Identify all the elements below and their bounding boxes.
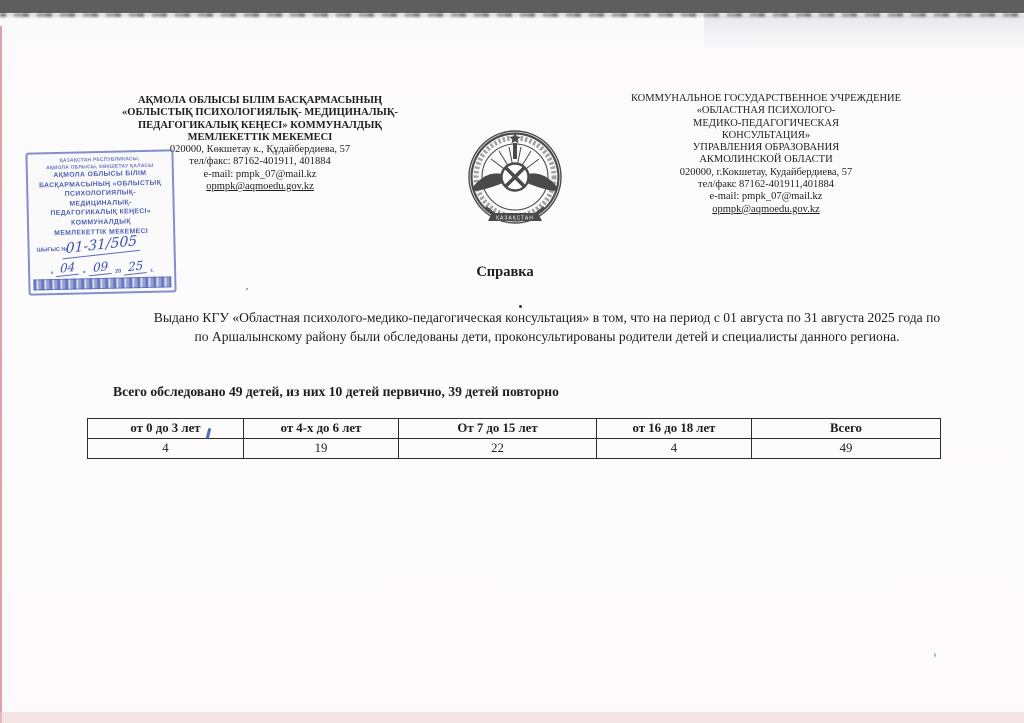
kazakhstan-coat-of-arms-icon: ҚАЗАҚСТАН (461, 121, 569, 229)
table-header-cell: от 0 до 3 лет (88, 419, 244, 439)
table-value-cell: 49 (752, 439, 941, 459)
scan-top-edge-artifact (0, 0, 1024, 13)
org-name-line: КОНСУЛЬТАЦИЯ» (601, 130, 931, 142)
table-header-cell: от 4-х до 6 лет (244, 419, 399, 439)
document-body-paragraph: Выдано КГУ «Областная психолого-медико-п… (82, 308, 1012, 346)
org-name-line: АҚМОЛА ОБЛЫСЫ БІЛІМ БАСҚАРМАСЫНЫҢ (95, 95, 425, 107)
age-distribution-table: от 0 до 3 лет от 4-х до 6 лет От 7 до 15… (87, 418, 941, 459)
body-line: по Аршалынскому району были обследованы … (82, 327, 1012, 346)
org-name-line: ПЕДАГОГИКАЛЫҚ КЕҢЕСІ» КОММУНАЛДЫҚ (95, 120, 425, 132)
org-name-line: МЕМЛЕКЕТТІК МЕКЕМЕСІ (95, 132, 425, 144)
table-value-cell: 19 (244, 439, 399, 459)
scan-left-edge-artifact (0, 26, 2, 723)
document-title: Справка (90, 264, 920, 281)
org-name-line: «ОБЛЫСТЫҚ ПСИХОЛОГИЯЛЫҚ- МЕДИЦИНАЛЫҚ- (95, 107, 425, 119)
body-line: Выдано КГУ «Областная психолого-медико-п… (82, 308, 1012, 327)
table-value-cell: 4 (597, 439, 752, 459)
ink-speck (246, 288, 248, 290)
quote-mark: » (83, 270, 86, 276)
org-name-line: УПРАВЛЕНИЯ ОБРАЗОВАНИЯ (601, 142, 931, 154)
table-header-cell: от 16 до 18 лет (597, 419, 752, 439)
table-value-cell: 4 (88, 439, 244, 459)
address-line: e-mail: pmpk_07@mail.kz (601, 191, 931, 203)
scan-bottom-edge-artifact (0, 712, 1024, 723)
org-name-line: «ОБЛАСТНАЯ ПСИХОЛОГО- (601, 105, 931, 117)
emblem-banner-label: ҚАЗАҚСТАН (496, 215, 534, 221)
address-line: 020000, г.Кокшетау, Кудайбердиева, 57 (601, 167, 931, 179)
handwritten-day: 04 (56, 260, 80, 278)
letterhead-russian: КОММУНАЛЬНОЕ ГОСУДАРСТВЕННОЕ УЧРЕЖДЕНИЕ … (601, 93, 931, 216)
org-name-line: АКМОЛИНСКОЙ ОБЛАСТИ (601, 154, 931, 166)
org-name-line: КОММУНАЛЬНОЕ ГОСУДАРСТВЕННОЕ УЧРЕЖДЕНИЕ (601, 93, 931, 105)
org-name-line: МЕДИКО-ПЕДАГОГИЧЕСКАЯ (601, 118, 931, 130)
table-header-row: от 0 до 3 лет от 4-х до 6 лет От 7 до 15… (88, 419, 941, 439)
table-value-cell: 22 (399, 439, 597, 459)
table-header-cell: Всего (752, 419, 941, 439)
stamp-number-row: ШЫҒЫС № 01-31/505 (32, 239, 170, 259)
scan-haze-artifact (704, 16, 1024, 50)
table-row: 4 19 22 4 49 (88, 439, 941, 459)
ink-speck (934, 653, 936, 657)
email-address: opmpk@aqmoedu.gov.kz (601, 204, 931, 216)
summary-statement: Всего обследовано 49 детей, из них 10 де… (113, 384, 559, 400)
table-header-cell: От 7 до 15 лет (399, 419, 597, 439)
scanned-document-page: АҚМОЛА ОБЛЫСЫ БІЛІМ БАСҚАРМАСЫНЫҢ «ОБЛЫС… (0, 0, 1024, 723)
address-line: тел/факс 87162-401911,401884 (601, 179, 931, 191)
quote-mark: « (50, 270, 53, 276)
